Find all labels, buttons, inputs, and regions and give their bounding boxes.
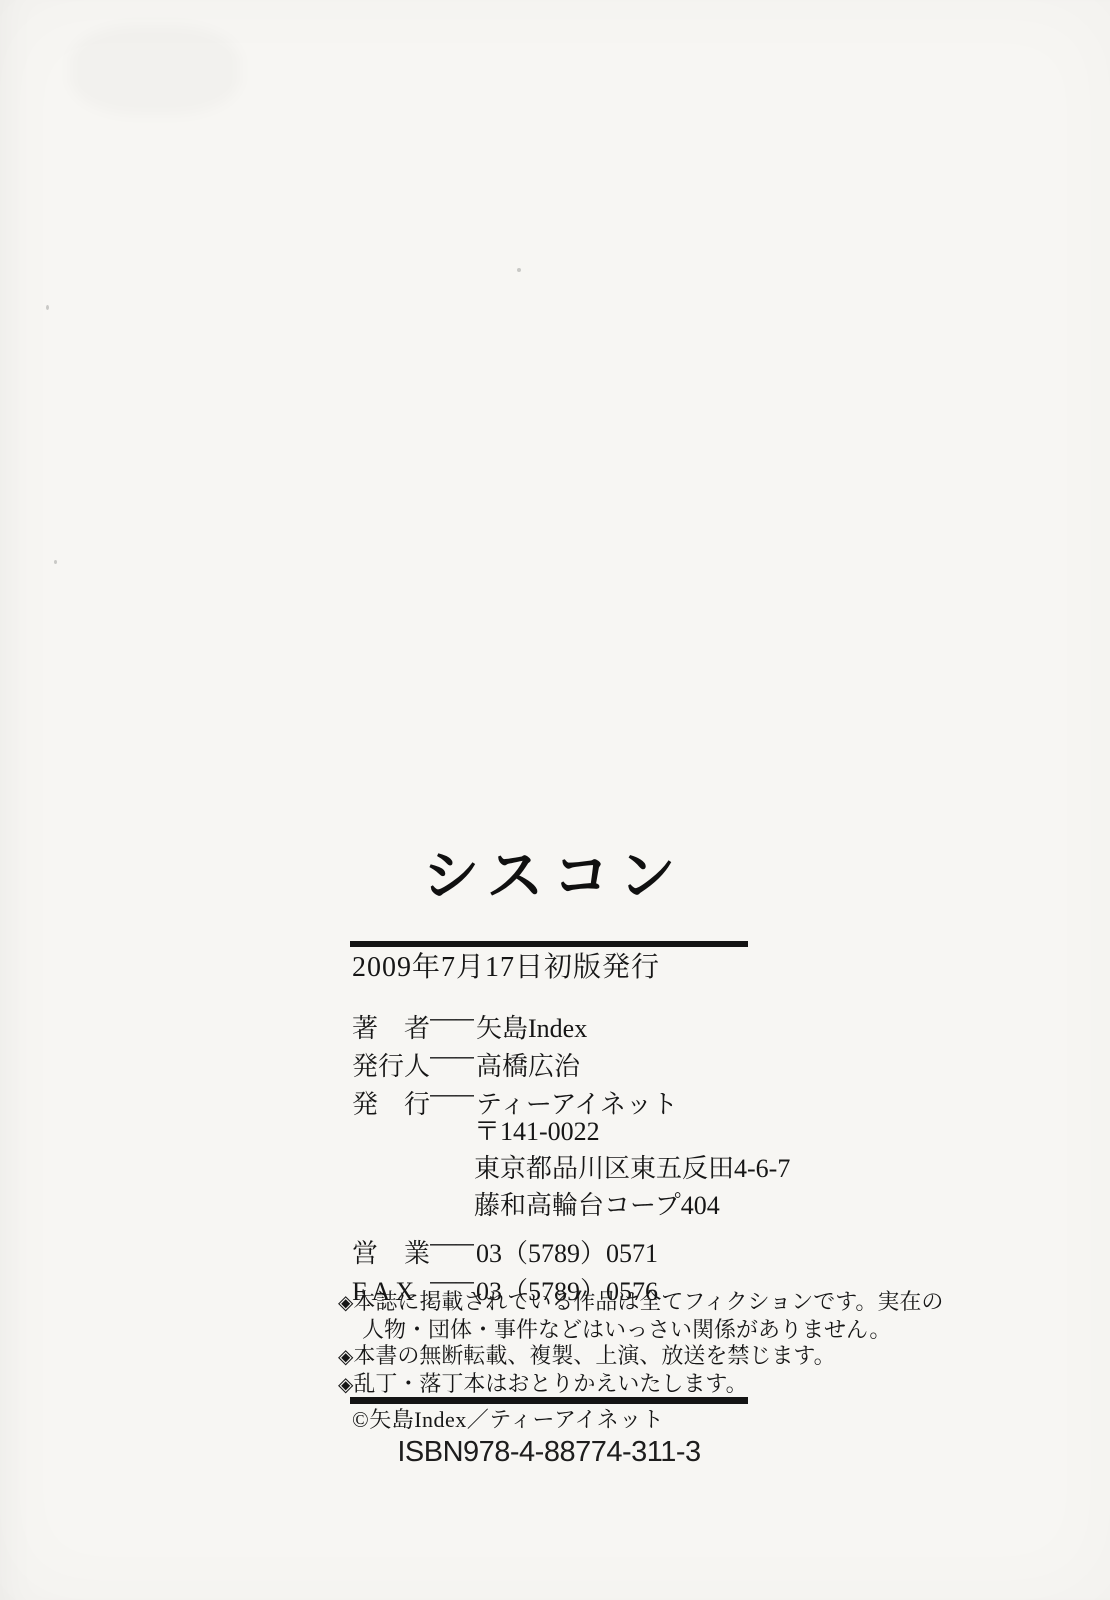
address-line-1: 東京都品川区東五反田4-6-7 (474, 1150, 752, 1187)
edition-date: 2009年7月17日初版発行 (352, 951, 660, 985)
credit-label: 発 行 (352, 1086, 430, 1124)
book-title: シスコン (350, 846, 748, 908)
credit-row-publisher: 発 行——ティーアイネット (352, 1075, 752, 1113)
publisher-address: 〒141-0022 東京都品川区東五反田4-6-7 藤和高輪台コープ404 (474, 1113, 752, 1224)
title-divider-rule (350, 941, 748, 947)
notice-text: 本書の無断転載、複製、上演、放送を禁じます。 (353, 1343, 835, 1368)
scan-speck (54, 560, 57, 564)
label-dash: —— (430, 999, 474, 1037)
notice-defective-copies: ◈乱丁・落丁本はおとりかえいたします。 (338, 1371, 758, 1399)
notice-text: 本誌に掲載されている作品は全てフィクションです。実在の (353, 1289, 943, 1314)
contact-row-sales: 営 業——03（5789）0571 (352, 1224, 752, 1262)
label-dash: —— (430, 1075, 474, 1113)
notice-fiction-disclaimer-cont: 人物・団体・事件などはいっさい関係がありません。 (338, 1317, 758, 1344)
label-dash: —— (430, 1224, 474, 1262)
scan-smudge (70, 25, 240, 115)
notice-text: 乱丁・落丁本はおとりかえいたします。 (353, 1371, 747, 1396)
notice-no-reproduction: ◈本書の無断転載、複製、上演、放送を禁じます。 (338, 1343, 758, 1371)
legal-notices: ◈本誌に掲載されている作品は全てフィクションです。実在の 人物・団体・事件などは… (338, 1289, 758, 1398)
copyright-line: ©矢島Index／ティーアイネット (352, 1406, 664, 1434)
credit-row-publisher-person: 発行人——高橋広治 (352, 1037, 752, 1075)
publisher-credits: 著 者——矢島Index 発行人——高橋広治 発 行——ティーアイネット 〒14… (352, 999, 752, 1300)
credit-row-author: 著 者——矢島Index (352, 999, 752, 1037)
notice-bullet-icon: ◈ (338, 1346, 353, 1368)
scan-speck (46, 305, 49, 310)
notice-bullet-icon: ◈ (338, 1374, 353, 1396)
address-line-2: 藤和高輪台コープ404 (474, 1187, 752, 1224)
footer-divider-rule (350, 1397, 748, 1404)
label-dash: —— (430, 1037, 474, 1075)
scan-speck (517, 268, 521, 272)
notice-fiction-disclaimer: ◈本誌に掲載されている作品は全てフィクションです。実在の (338, 1289, 758, 1317)
notice-bullet-icon: ◈ (338, 1292, 353, 1314)
scanned-colophon-page: シスコン 2009年7月17日初版発行 著 者——矢島Index 発行人——高橋… (0, 0, 1110, 1600)
isbn-number: ISBN978-4-88774-311-3 (350, 1436, 748, 1469)
